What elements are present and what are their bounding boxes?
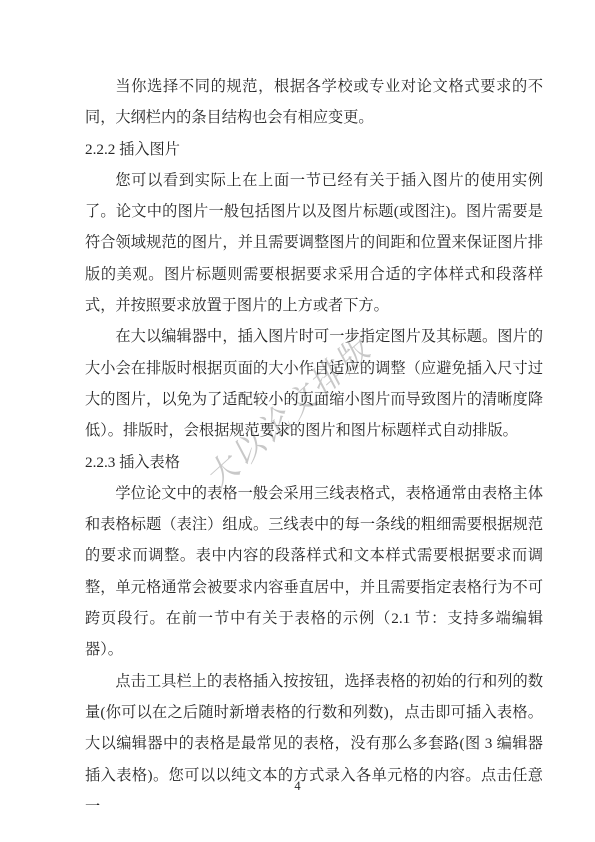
- paragraph: 在大以编辑器中，插入图片时可一步指定图片及其标题。图片的大小会在排版时根据页面的…: [85, 321, 543, 446]
- paragraph: 您可以看到实际上在上面一节已经有关于插入图片的使用实例了。论文中的图片一般包括图…: [85, 165, 543, 321]
- section-heading-2-2-3: 2.2.3 插入表格: [85, 447, 543, 478]
- paragraph: 当你选择不同的规范，根据各学校或专业对论文格式要求的不同，大纲栏内的条目结构也会…: [85, 71, 543, 134]
- document-page: 大以论文排版 当你选择不同的规范，根据各学校或专业对论文格式要求的不同，大纲栏内…: [0, 0, 595, 842]
- paragraph: 点击工具栏上的表格插入按按钮，选择表格的初始的行和列的数量(你可以在之后随时新增…: [85, 666, 543, 822]
- paragraph: 学位论文中的表格一般会采用三线表格式，表格通常由表格主体和表格标题（表注）组成。…: [85, 478, 543, 666]
- section-heading-2-2-2: 2.2.2 插入图片: [85, 134, 543, 165]
- page-number: 4: [0, 779, 595, 794]
- page-content: 当你选择不同的规范，根据各学校或专业对论文格式要求的不同，大纲栏内的条目结构也会…: [85, 71, 543, 822]
